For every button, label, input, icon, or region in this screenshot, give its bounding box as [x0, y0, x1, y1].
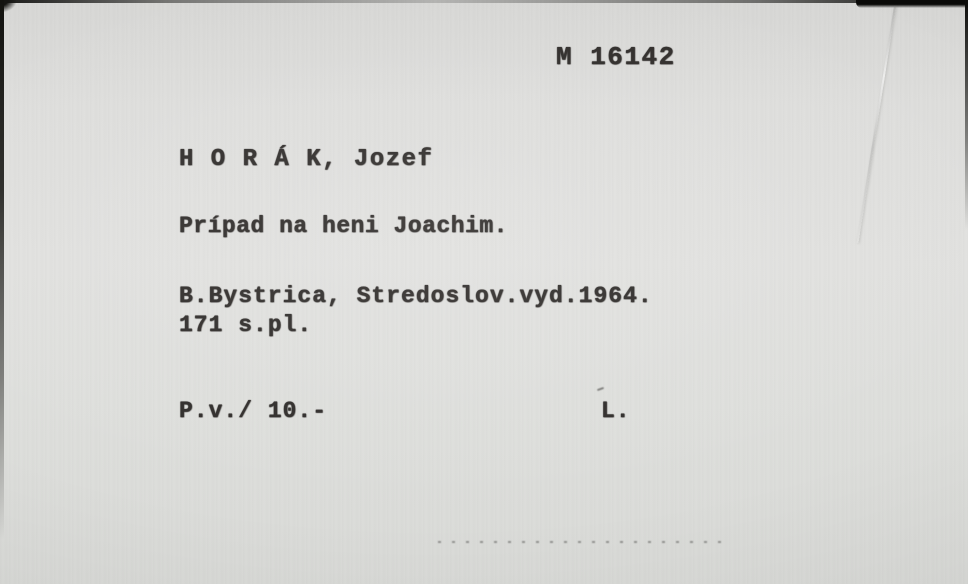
catalog-card-scan: M 16142 H O R Á K, Jozef Prípad na heni …	[0, 0, 968, 584]
imprint-line: B.Bystrica, Stredoslov.vyd.1964.	[179, 283, 653, 309]
scan-edge-left	[0, 0, 4, 540]
scan-edge-top-right	[856, 0, 968, 8]
ink-speck	[597, 387, 604, 391]
author-heading: H O R Á K, Jozef	[179, 146, 433, 173]
book-title: Prípad na heni Joachim.	[179, 213, 508, 239]
price-note: P.v./ 10.-	[179, 398, 327, 424]
paper-crease	[856, 6, 896, 243]
accession-number: M 16142	[556, 42, 676, 72]
collation-line: 171 s.pl.	[179, 312, 312, 338]
cataloguer-initial: L.	[601, 398, 631, 424]
scan-edge-top	[0, 0, 968, 3]
bottom-dotted-rule	[438, 541, 728, 543]
